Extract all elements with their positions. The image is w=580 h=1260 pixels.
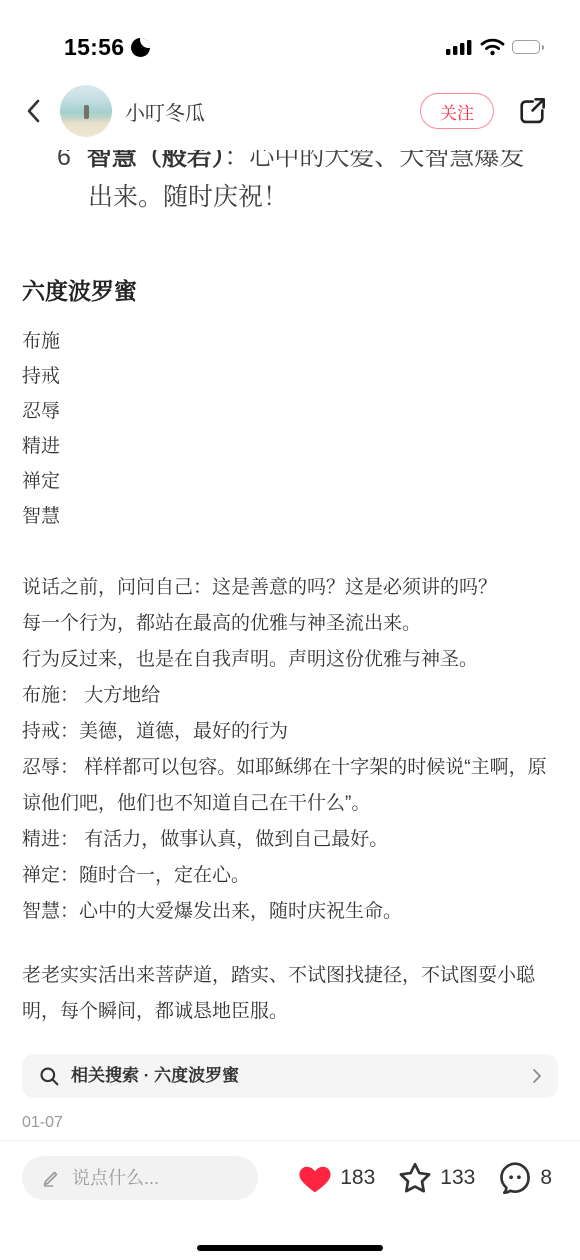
- status-left: 15:56: [64, 34, 150, 61]
- status-right: [446, 38, 540, 56]
- collect-count: 133: [440, 1166, 475, 1190]
- username[interactable]: 小叮冬瓜: [125, 97, 205, 126]
- post-content: 6智慧（般若）：心中的大爱、大智慧爆发 出来。随时庆祝！ 六度波罗蜜 布施 持戒…: [0, 150, 580, 1134]
- virtue-item: 智慧: [22, 499, 558, 534]
- paragraph: 布施： 大方地给: [22, 678, 558, 714]
- virtue-item: 忍辱: [22, 394, 558, 429]
- battery-icon: [512, 40, 540, 54]
- comment-bubble-icon: [497, 1160, 533, 1196]
- chevron-right-icon: [532, 1068, 542, 1084]
- follow-button[interactable]: 关注: [420, 93, 494, 129]
- avatar[interactable]: [60, 85, 112, 137]
- bottom-action-bar: 183 133 8: [0, 1140, 580, 1260]
- related-search-bar[interactable]: 相关搜索 · 六度波罗蜜: [22, 1054, 558, 1098]
- like-button[interactable]: 183: [297, 1161, 375, 1195]
- wifi-icon: [480, 38, 505, 56]
- paragraph: 行为反过来，也是在自我声明。声明这份优雅与神圣。: [22, 642, 558, 678]
- closing-paragraph: 老老实实活出来菩萨道，踏实、不试图找捷径，不试图耍小聪明，每个瞬间，都诚恳地臣服…: [22, 958, 558, 1030]
- collect-button[interactable]: 133: [397, 1160, 475, 1196]
- moon-icon: [131, 38, 150, 57]
- comment-button[interactable]: 8: [497, 1160, 552, 1196]
- share-button[interactable]: [514, 93, 550, 129]
- virtue-item: 精进: [22, 429, 558, 464]
- comment-input[interactable]: [72, 1168, 232, 1189]
- virtue-item: 布施: [22, 324, 558, 359]
- star-icon: [397, 1160, 433, 1196]
- engagement-actions: 183 133 8: [297, 1156, 552, 1200]
- back-button[interactable]: [20, 92, 48, 130]
- pencil-icon: [40, 1167, 62, 1189]
- paragraph: 精进： 有活力，做事认真，做到自己最好。: [22, 822, 558, 858]
- clipped-wrap-line: 出来。随时庆祝！: [57, 177, 558, 217]
- paragraph: 持戒：美德，道德，最好的行为: [22, 714, 558, 750]
- list-number: 6: [57, 150, 71, 171]
- status-time: 15:56: [64, 34, 124, 61]
- related-search-label: 相关搜索 · 六度波罗蜜: [71, 1066, 239, 1086]
- paragraph: 禅定：随时合一，定在心。: [22, 858, 558, 894]
- paragraph: 智慧：心中的大爱爆发出来，随时庆祝生命。: [22, 894, 558, 930]
- virtue-term-bold: 智慧（般若）: [87, 150, 225, 171]
- comment-count: 8: [540, 1166, 552, 1190]
- cellular-signal-icon: [446, 38, 473, 56]
- post-date: 01-07: [22, 1112, 558, 1134]
- paragraph: 说话之前，问问自己：这是善意的吗？这是必须讲的吗？: [22, 570, 558, 606]
- back-chevron-icon: [24, 96, 44, 126]
- paragraph: 忍辱： 样样都可以包容。如耶稣绑在十字架的时候说“主啊，原谅他们吧，他们也不知道…: [22, 750, 558, 822]
- app-screen: 15:56 小叮冬瓜 关注: [0, 0, 580, 1260]
- nav-header: 小叮冬瓜 关注: [0, 72, 580, 150]
- paragraph-block: 说话之前，问问自己：这是善意的吗？这是必须讲的吗？ 每一个行为，都站在最高的优雅…: [22, 570, 558, 930]
- home-indicator[interactable]: [197, 1245, 383, 1251]
- heart-icon: [297, 1161, 333, 1195]
- post-image-text-clipped: 6智慧（般若）：心中的大爱、大智慧爆发 出来。随时庆祝！: [22, 150, 558, 218]
- search-icon: [39, 1066, 60, 1087]
- like-count: 183: [340, 1166, 375, 1190]
- virtue-item: 禅定: [22, 464, 558, 499]
- status-bar: 15:56: [0, 0, 580, 72]
- paragraph: 每一个行为，都站在最高的优雅与神圣流出来。: [22, 606, 558, 642]
- virtue-item: 持戒: [22, 359, 558, 394]
- virtue-list: 布施 持戒 忍辱 精进 禅定 智慧: [22, 324, 558, 534]
- post-heading: 六度波罗蜜: [22, 276, 558, 306]
- clipped-list-item: 6智慧（般若）：心中的大爱、大智慧爆发 出来。随时庆祝！: [22, 150, 558, 217]
- virtue-term-rest: ：心中的大爱、大智慧爆发: [224, 150, 524, 171]
- share-icon: [516, 95, 548, 127]
- comment-input-pill[interactable]: [22, 1156, 258, 1200]
